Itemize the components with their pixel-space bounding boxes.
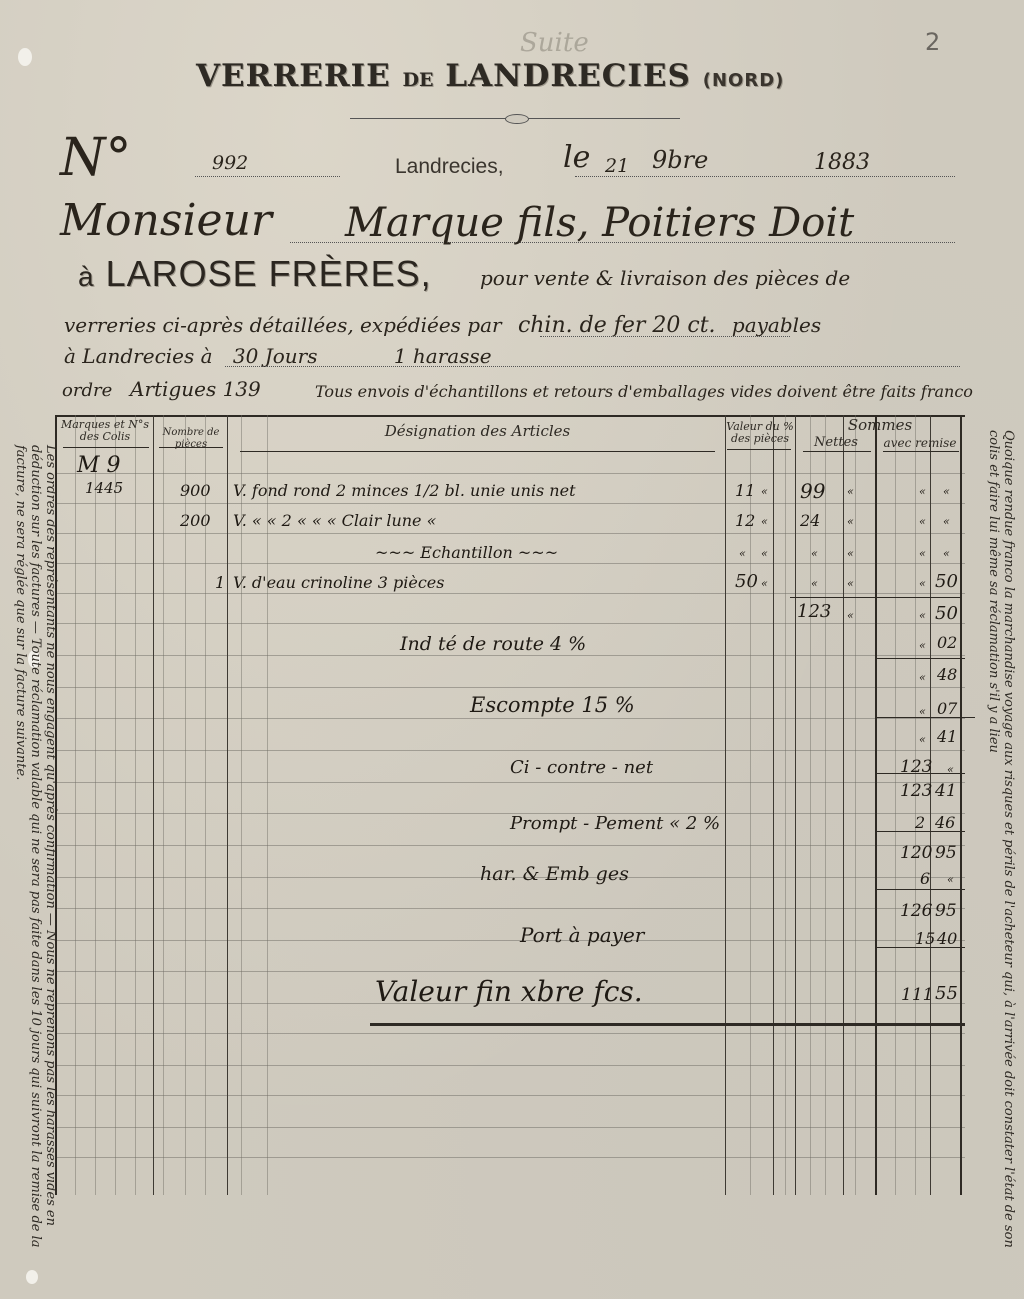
date-le: le bbox=[563, 140, 590, 175]
right-margin-terms: Quoique rendue franco la marchandise voy… bbox=[976, 430, 1016, 1250]
date-day: 21 bbox=[605, 155, 629, 177]
ordre-label: ordre bbox=[62, 380, 112, 401]
date-dotline bbox=[575, 176, 955, 177]
seller-name: à LAROSE FRÈRES, bbox=[78, 253, 432, 295]
punch-hole bbox=[26, 1270, 38, 1284]
shipping-notice: Tous envois d'échantillons et retours d'… bbox=[315, 382, 973, 401]
seller-line1: pour vente & livraison des pièces de bbox=[480, 266, 850, 290]
client-name: Marque fils, Poitiers Doit bbox=[345, 200, 854, 246]
letterhead-title: VERRERIE DE LANDRECIES (NORD) bbox=[196, 58, 784, 94]
company-region: (NORD) bbox=[703, 70, 785, 91]
invoice-place: Landrecies, bbox=[395, 155, 504, 179]
date-year: 1883 bbox=[814, 150, 870, 175]
header-valeur: Valeur du % des pièces bbox=[725, 421, 795, 445]
company-name: VERRERIE bbox=[196, 58, 391, 94]
date-month: 9bre bbox=[652, 146, 708, 174]
left-margin-terms: Les ordres des représentants ne nous eng… bbox=[18, 445, 58, 1265]
header-nettes: Nettes bbox=[800, 437, 872, 449]
company-city: LANDRECIES bbox=[445, 58, 691, 94]
ornament-center bbox=[505, 114, 529, 124]
seller-line2: verreries ci-après détaillées, expédiées… bbox=[64, 313, 821, 338]
colis-mark: M 9 bbox=[77, 453, 121, 478]
table-top-border bbox=[55, 415, 965, 417]
header-remise: avec remise bbox=[880, 437, 960, 449]
grand-total-rule bbox=[370, 1023, 965, 1026]
invoice-number-label: N° bbox=[60, 128, 132, 188]
terms-dotline bbox=[225, 366, 960, 367]
punch-hole bbox=[18, 48, 32, 66]
colis-number: 1445 bbox=[85, 479, 123, 497]
company-de: DE bbox=[403, 69, 434, 91]
shipping-dotline bbox=[540, 336, 790, 337]
page-mark: 2 bbox=[925, 28, 940, 56]
header-marques: Marques et N°s des Colis bbox=[59, 419, 151, 443]
seller-line3: à Landrecies à 30 Jours 1 harasse bbox=[64, 344, 492, 368]
ordre-value: Artigues 139 bbox=[130, 377, 261, 401]
header-sommes: Sommes bbox=[800, 419, 960, 431]
faint-stamp: Suite bbox=[520, 28, 589, 58]
header-designation: Désignation des Articles bbox=[230, 425, 725, 437]
invoice-table: Marques et N°s des Colis Nombre de pièce… bbox=[55, 415, 965, 1195]
number-dotline bbox=[195, 176, 340, 177]
invoice-number: 992 bbox=[212, 152, 248, 174]
salutation: Monsieur bbox=[60, 195, 272, 246]
